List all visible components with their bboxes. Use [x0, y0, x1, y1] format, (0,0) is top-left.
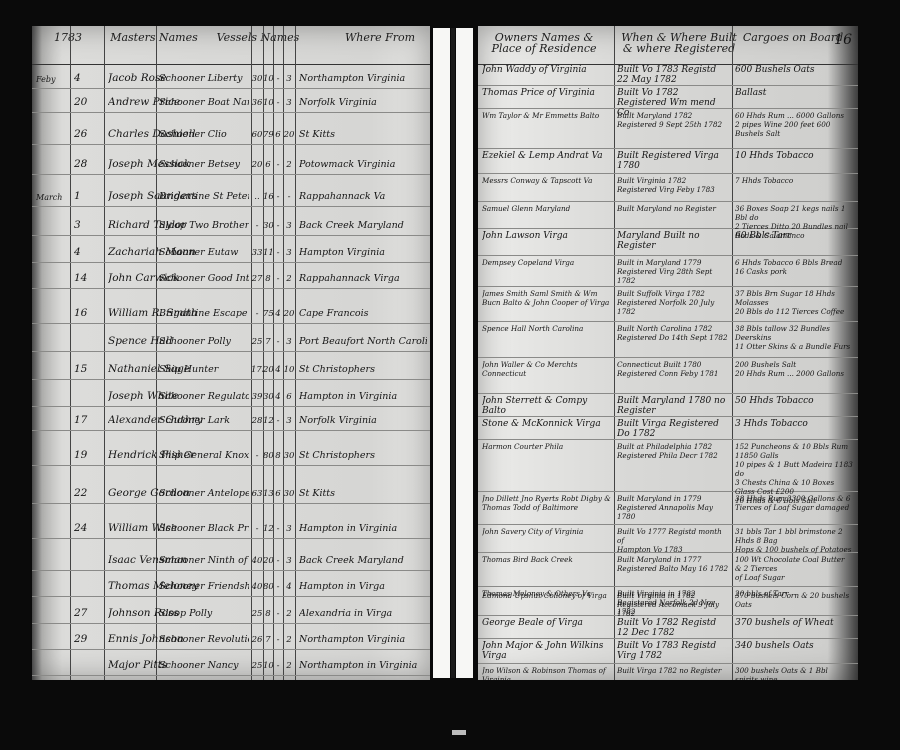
left-header-row: 1783 Masters Names Vessels Names Where F… [32, 26, 430, 65]
table-row: Thomas Bird Back CreekBuilt Maryland in … [478, 552, 858, 587]
men-value: 7 [263, 635, 273, 645]
table-row: Jno Wilson & Robinson Thomas of Virginia… [478, 663, 858, 680]
men-value: 10 [263, 98, 273, 108]
owner-names: Thomas Bird Back Creek [482, 555, 612, 564]
owner-names: Edmond Upshur Colloney of Virga [482, 591, 612, 600]
built-registered: Built in Maryland 1779 Registered Virg 2… [617, 258, 730, 285]
men-value: 8 [263, 274, 273, 284]
origin-port: Hampton Virginia [299, 247, 427, 258]
entry-day: 22 [74, 487, 102, 499]
table-row: Edmd ColloneySchooner Hannah208-2Accomac… [32, 675, 430, 680]
origin-port: Northampton in Virginia [299, 660, 427, 671]
vessel-name: Ship Hunter [159, 364, 249, 375]
men-value: 200 [263, 365, 273, 375]
built-registered: Maryland Built no Register [617, 231, 730, 251]
cargo-header: Cargoes on Board [738, 32, 848, 43]
scan-label [452, 730, 466, 735]
table-row: George Beale of VirgaBuilt Vo 1782 Regis… [478, 615, 858, 639]
cargo-on-board: 100 Wt Chocolate Coal Butter & 2 Tierces… [735, 555, 853, 582]
crew-value: 2 [283, 661, 295, 671]
vessel-name: Schooner Nancy [159, 660, 249, 671]
table-row: 27Johnson RossSloop Polly258-2Alexandria… [32, 596, 430, 623]
cargo-on-board: 370 bushels of Wheat [735, 618, 853, 628]
guns-value: - [273, 192, 283, 202]
table-row: 16William R. SmithBrigantine Escape-7542… [32, 288, 430, 325]
men-value: 169 [263, 192, 273, 202]
cargo-on-board: 31 bbls Tar 1 bbl brimstone 2 Hhds 8 Bag… [735, 527, 853, 554]
entry-day: 27 [74, 607, 102, 619]
table-row: 26Charles DashiellSchooner Clio6079620St… [32, 112, 430, 145]
origin-port: Cape Francois [299, 308, 427, 319]
table-row: Wm Taylor & Mr Emmetts BaltoBuilt Maryla… [478, 108, 858, 148]
owners-header: Owners Names & Place of Residence [484, 32, 604, 54]
built-registered: Built Vo 1783 Registd Virg 1782 [617, 641, 730, 661]
men-value: 8 [263, 609, 273, 619]
owner-names: Harmon Courter Phila [482, 442, 612, 451]
table-row: Isaac VensmanSchooner Ninth of Decr4020-… [32, 538, 430, 571]
built-registered: Built Virga 1782 no Register [617, 666, 730, 675]
right-ledger-page: Owners Names & Place of Residence When &… [478, 26, 858, 680]
table-row: Spence HallSchooner Polly257-3Port Beauf… [32, 323, 430, 352]
tons-value: 25 [251, 661, 263, 671]
table-row: Joseph WhiteSchooner Regulator393046Hamp… [32, 379, 430, 406]
masters-header: Masters Names [104, 32, 204, 43]
origin-port: Back Creek Maryland [299, 555, 427, 566]
crew-value: 2 [283, 635, 295, 645]
binding-edge-right [456, 28, 473, 678]
entry-day: 24 [74, 522, 102, 534]
cargo-on-board: 200 Bushels Salt 20 Hhds Rum ... 2000 Ga… [735, 360, 853, 378]
crew-value: 2 [283, 609, 295, 619]
table-row: March1Joseph SaundersBrigantine St Peter… [32, 174, 430, 207]
entry-day: 19 [74, 449, 102, 461]
tons-value: 175 [251, 365, 263, 375]
tons-value: 25 [251, 337, 263, 347]
tons-value: 36 [251, 98, 263, 108]
owner-names: Messrs Conway & Tapscott Va [482, 176, 612, 185]
cargo-on-board: 370 bushels Corn & 20 bushels Oats [735, 591, 853, 609]
vessel-name: Brigantine St Peter [159, 191, 249, 202]
guns-value: - [273, 98, 283, 108]
entry-day: 1 [74, 190, 102, 202]
men-value: 20 [263, 556, 273, 566]
built-registered: Built Maryland no Register [617, 204, 730, 213]
crew-value: 3 [283, 74, 295, 84]
entry-month: Feby [36, 75, 68, 84]
owner-names: Dempsey Copeland Virga [482, 258, 612, 267]
vessels-header: Vessels Names [208, 32, 308, 43]
men-value: 80 [263, 451, 273, 461]
origin-port: St Christophers [299, 364, 427, 375]
built-registered: Built Maryland in 1779 Registered Annapo… [617, 494, 730, 521]
origin-port: St Kitts [299, 129, 427, 140]
built-registered: Built Maryland 1780 no Register [617, 396, 730, 416]
men-value: 6 [263, 160, 273, 170]
built-registered: Built Maryland in 1777 Registered Balto … [617, 555, 730, 573]
table-row: Feby4Jacob RoseSchooner Liberty3010-3Nor… [32, 63, 430, 88]
origin-port: Port Beaufort North Carolina [299, 336, 427, 347]
men-value: 12 [263, 416, 273, 426]
crew-value: 30 [283, 489, 295, 499]
guns-value: 6 [273, 489, 283, 499]
tons-value: 30 [251, 74, 263, 84]
vessel-name: Schooner Ninth of Decr [159, 555, 249, 566]
tons-value: - [251, 451, 263, 461]
crew-value: 3 [283, 221, 295, 231]
tons-value: 27 [251, 274, 263, 284]
owner-names: Spence Hall North Carolina [482, 324, 612, 333]
crew-value: 2 [283, 160, 295, 170]
crew-value: 2 [283, 274, 295, 284]
owner-names: Jno Dillett Jno Ryerts Robt Digby & Thom… [482, 494, 612, 512]
men-value: 30 [263, 221, 273, 231]
table-row: Harmon Courter PhilaBuilt at Philadelphi… [478, 439, 858, 492]
built-registered: Connecticut Built 1780 Registered Conn F… [617, 360, 730, 378]
cargo-on-board: 600 Bushels Oats [735, 65, 853, 75]
vessel-name: Schooner Betsey [159, 159, 249, 170]
table-row: Ezekiel & Lemp Andrat VaBuilt Registered… [478, 148, 858, 174]
owner-names: John Waller & Co Merchts Connecticut [482, 360, 612, 378]
owner-names: Samuel Glenn Maryland [482, 204, 612, 213]
vessel-name: Schooner Lark [159, 415, 249, 426]
built-registered: Built at Philadelphia 1782 Registered Ph… [617, 442, 730, 460]
origin-port: Hampton in Virginia [299, 391, 427, 402]
crew-value: 3 [283, 248, 295, 258]
crew-value: 20 [283, 309, 295, 319]
table-row: 15Nathaniel SageShip Hunter175200410St C… [32, 351, 430, 380]
tons-value: 60 [251, 130, 263, 140]
vessel-name: Schooner Friendship [159, 581, 249, 592]
entry-day: 4 [74, 72, 102, 84]
vessel-name: Schooner Regulator [159, 391, 249, 402]
built-registered: Built Suffolk Virga 1782 Registered Norf… [617, 289, 730, 316]
guns-value: - [273, 274, 283, 284]
table-row: 14John CarwickSchooner Good Intent278-2R… [32, 262, 430, 289]
origin-port: Northampton Virginia [299, 634, 427, 645]
cargo-on-board: 10 Hhds Tobacco [735, 151, 853, 161]
men-value: 75 [263, 309, 273, 319]
guns-value: - [273, 248, 283, 258]
cargo-on-board: 340 bushels Oats [735, 641, 853, 651]
cargo-on-board: 38 Bbls tallow 32 Bundles Deerskins 11 O… [735, 324, 853, 351]
table-row: John Waddy of VirginiaBuilt Vo 1783 Regi… [478, 62, 858, 86]
origin-port: Back Creek Maryland [299, 220, 427, 231]
tons-value: 40 [251, 582, 263, 592]
owner-names: Stone & McKonnick Virga [482, 419, 612, 429]
table-row: John Waller & Co Merchts ConnecticutConn… [478, 357, 858, 394]
table-row: 20Andrew PriceSchooner Boat Nancy3610-3N… [32, 88, 430, 113]
vessel-name: Brigantine Escape [159, 308, 249, 319]
men-value: 130 [263, 489, 273, 499]
entry-day: 26 [74, 128, 102, 140]
guns-value: - [273, 74, 283, 84]
entry-day: 16 [74, 307, 102, 319]
table-row: John Sterrett & Compy BaltoBuilt Marylan… [478, 393, 858, 417]
table-row: Major PittsSchooner Nancy2510-2Northampt… [32, 649, 430, 676]
crew-value: 3 [283, 524, 295, 534]
origin-port: St Kitts [299, 488, 427, 499]
table-row: Spence Hall North CarolinaBuilt North Ca… [478, 321, 858, 358]
guns-value: - [273, 416, 283, 426]
owner-names: Thomas Price of Virginia [482, 88, 612, 98]
cargo-on-board: 60 Hhds Rum ... 6000 Gallons 2 pipes Win… [735, 111, 853, 138]
owner-names: John Major & John Wilkins Virga [482, 641, 612, 661]
table-row: John Major & John Wilkins VirgaBuilt Vo … [478, 638, 858, 664]
cargo-on-board: 38 Hhds Rum 3300 Gallons & 6 Tierces of … [735, 494, 853, 512]
crew-value: 20 [283, 130, 295, 140]
right-ledger-table: Owners Names & Place of Residence When &… [478, 26, 858, 680]
table-row: James Smith Saml Smith & Wm Bucn Balto &… [478, 286, 858, 323]
cargo-on-board: 300 bushels Oats & 1 Bbl spirits wine [735, 666, 853, 680]
guns-value: - [273, 661, 283, 671]
entry-day: 20 [74, 96, 102, 108]
table-row: Jno Dillett Jno Ryerts Robt Digby & Thom… [478, 491, 858, 524]
vessel-name: Sloop Two Brothers [159, 220, 249, 231]
men-value: 30 [263, 392, 273, 402]
cargo-on-board: 6 Hhds Tobacco 6 Bbls Bread 16 Casks por… [735, 258, 853, 276]
left-ledger-page: 1783 Masters Names Vessels Names Where F… [32, 26, 430, 680]
guns-value: - [273, 524, 283, 534]
entry-day: 17 [74, 414, 102, 426]
table-row: Stone & McKonnick VirgaBuilt Virga Regis… [478, 416, 858, 440]
year-header: 1783 [38, 32, 98, 43]
guns-value: - [273, 635, 283, 645]
tons-value: 28 [251, 416, 263, 426]
origin-port: Rappahannack Va [299, 191, 427, 202]
tons-value: 33 [251, 248, 263, 258]
crew-value: - [283, 192, 295, 202]
origin-port: Norfolk Virginia [299, 415, 427, 426]
tons-value: .. [251, 192, 263, 202]
built-registered: Built Registered Virga 1780 [617, 151, 730, 171]
men-value: 11 [263, 248, 273, 258]
table-row: 22George GordonSchooner Antelope63130630… [32, 465, 430, 503]
guns-value: - [273, 556, 283, 566]
table-row: Thomas MeloneySchooner Friendship4080-4H… [32, 570, 430, 597]
guns-value: 4 [273, 365, 283, 375]
table-row: 19Hendrick FisherShip General Knox-80830… [32, 430, 430, 467]
men-value: 10 [263, 74, 273, 84]
table-row: Messrs Conway & Tapscott VaBuilt Virgini… [478, 173, 858, 203]
owner-names: John Waddy of Virginia [482, 65, 612, 75]
guns-value: 4 [273, 392, 283, 402]
guns-value: 8 [273, 451, 283, 461]
guns-value: 6 [273, 130, 283, 140]
vessel-name: Schooner Eutaw [159, 247, 249, 258]
built-registered: Built Virginia 1782 Registered Virg Feby… [617, 176, 730, 194]
vessel-name: Schooner Boat Nancy [159, 97, 249, 108]
men-value: 80 [263, 582, 273, 592]
crew-value: 3 [283, 416, 295, 426]
page-number: 16 [834, 32, 852, 48]
built-registered: Built North Carolina 1782 Registered Do … [617, 324, 730, 342]
crew-value: 3 [283, 98, 295, 108]
cargo-on-board: 37 Bbls Brn Sugar 18 Hhds Molasses 20 Bb… [735, 289, 853, 316]
guns-value: - [273, 160, 283, 170]
where-from-header: Where From [332, 32, 428, 43]
owner-names: John Lawson Virga [482, 231, 612, 241]
built-registered: Built Virga Registered Do 1782 [617, 419, 730, 439]
vessel-name: Sloop Polly [159, 608, 249, 619]
tons-value: 26 [251, 635, 263, 645]
origin-port: Hampton in Virginia [299, 523, 427, 534]
owner-names: Wm Taylor & Mr Emmetts Balto [482, 111, 612, 120]
crew-value: 4 [283, 582, 295, 592]
built-registered: Built Vo 1777 Registd month of Hampton V… [617, 527, 730, 554]
table-row: 4Zachariah MannSchooner Eutaw3311-3Hampt… [32, 235, 430, 262]
entry-day: 28 [74, 158, 102, 170]
vessel-name: Schooner Good Intent [159, 273, 249, 284]
entry-day: 14 [74, 272, 102, 284]
owner-names: James Smith Saml Smith & Wm Bucn Balto &… [482, 289, 612, 307]
table-row: Samuel Glenn MarylandBuilt Maryland no R… [478, 201, 858, 229]
crew-value: 30 [283, 451, 295, 461]
vessel-name: Schooner Liberty [159, 73, 249, 84]
men-value: 12 [263, 524, 273, 534]
guns-value: - [273, 609, 283, 619]
vessel-name: Schooner Black Prince [159, 523, 249, 534]
binding-edge-left [433, 28, 450, 678]
crew-value: 3 [283, 337, 295, 347]
built-registered: Built Vo 1783 Registd 22 May 1782 [617, 65, 730, 85]
cargo-on-board: 50 Hhds Tobacco [735, 396, 853, 406]
men-value: 10 [263, 661, 273, 671]
right-header-row: Owners Names & Place of Residence When &… [478, 26, 858, 65]
crew-value: 10 [283, 365, 295, 375]
men-value: 79 [263, 130, 273, 140]
tons-value: - [251, 309, 263, 319]
table-row: 3Richard TaylorSloop Two Brothers-30-3Ba… [32, 206, 430, 237]
cargo-on-board: 3 Hhds Tobacco [735, 419, 853, 429]
tons-value: 20 [251, 160, 263, 170]
owner-names: John Savery City of Virginia [482, 527, 612, 536]
tons-value: 25 [251, 609, 263, 619]
table-row: Dempsey Copeland VirgaBuilt in Maryland … [478, 255, 858, 286]
owner-names: Ezekiel & Lemp Andrat Va [482, 151, 612, 161]
crew-value: 3 [283, 556, 295, 566]
table-row: John Lawson VirgaMaryland Built no Regis… [478, 228, 858, 256]
table-row: 29Ennis JohnsonSchooner Revolution267-2N… [32, 623, 430, 650]
origin-port: Norfolk Virginia [299, 97, 427, 108]
table-row: Edmond Upshur Colloney of VirgaBuilt Vir… [478, 588, 858, 616]
owner-names: George Beale of Virga [482, 618, 612, 628]
crew-value: 6 [283, 392, 295, 402]
tons-value: 40 [251, 556, 263, 566]
vessel-name: Ship General Knox [159, 450, 249, 461]
guns-value: 4 [273, 309, 283, 319]
origin-port: Northampton Virginia [299, 73, 427, 84]
cargo-on-board: 7 Hhds Tobacco [735, 176, 853, 185]
vessel-name: Schooner Polly [159, 336, 249, 347]
entry-month: March [36, 193, 68, 202]
men-value: 7 [263, 337, 273, 347]
entry-day: 4 [74, 246, 102, 258]
built-registered: Built Virginia in 1782 Registered Accoma… [617, 591, 730, 618]
owner-names: John Sterrett & Compy Balto [482, 396, 612, 416]
cargo-on-board: 60 Bbls Tarr [735, 231, 853, 241]
tons-value: - [251, 221, 263, 231]
built-registered-header: When & Where Built & where Registered [616, 32, 742, 54]
table-row: Thomas Price of VirginiaBuilt Vo 1782 Re… [478, 85, 858, 109]
origin-port: Potowmack Virginia [299, 159, 427, 170]
built-registered: Built Maryland 1782 Registered 9 Sept 25… [617, 111, 730, 129]
built-registered: Built Vo 1782 Registd 12 Dec 1782 [617, 618, 730, 638]
cargo-on-board: Ballast [735, 88, 853, 98]
origin-port: Alexandria in Virga [299, 608, 427, 619]
guns-value: - [273, 337, 283, 347]
tons-value: 63 [251, 489, 263, 499]
tons-value: 39 [251, 392, 263, 402]
entry-day: 3 [74, 219, 102, 231]
table-row: John Savery City of VirginiaBuilt Vo 177… [478, 524, 858, 554]
guns-value: - [273, 221, 283, 231]
table-row: 24William WiseSchooner Black Prince-12-3… [32, 503, 430, 540]
left-ledger-table: 1783 Masters Names Vessels Names Where F… [32, 26, 430, 680]
table-row: 17Alexander GuthrySchooner Lark2812-3Nor… [32, 406, 430, 431]
binding-gutter [451, 28, 455, 678]
tons-value: - [251, 524, 263, 534]
origin-port: St Christophers [299, 450, 427, 461]
vessel-name: Schooner Antelope [159, 488, 249, 499]
entry-day: 29 [74, 633, 102, 645]
vessel-name: Schooner Revolution [159, 634, 249, 645]
vessel-name: Schooner Clio [159, 129, 249, 140]
guns-value: - [273, 582, 283, 592]
entry-day: 15 [74, 363, 102, 375]
owner-names: Jno Wilson & Robinson Thomas of Virginia [482, 666, 612, 680]
origin-port: Hampton in Virga [299, 581, 427, 592]
table-row: 28Joseph MessickSchooner Betsey206-2Poto… [32, 144, 430, 175]
origin-port: Rappahannack Virga [299, 273, 427, 284]
